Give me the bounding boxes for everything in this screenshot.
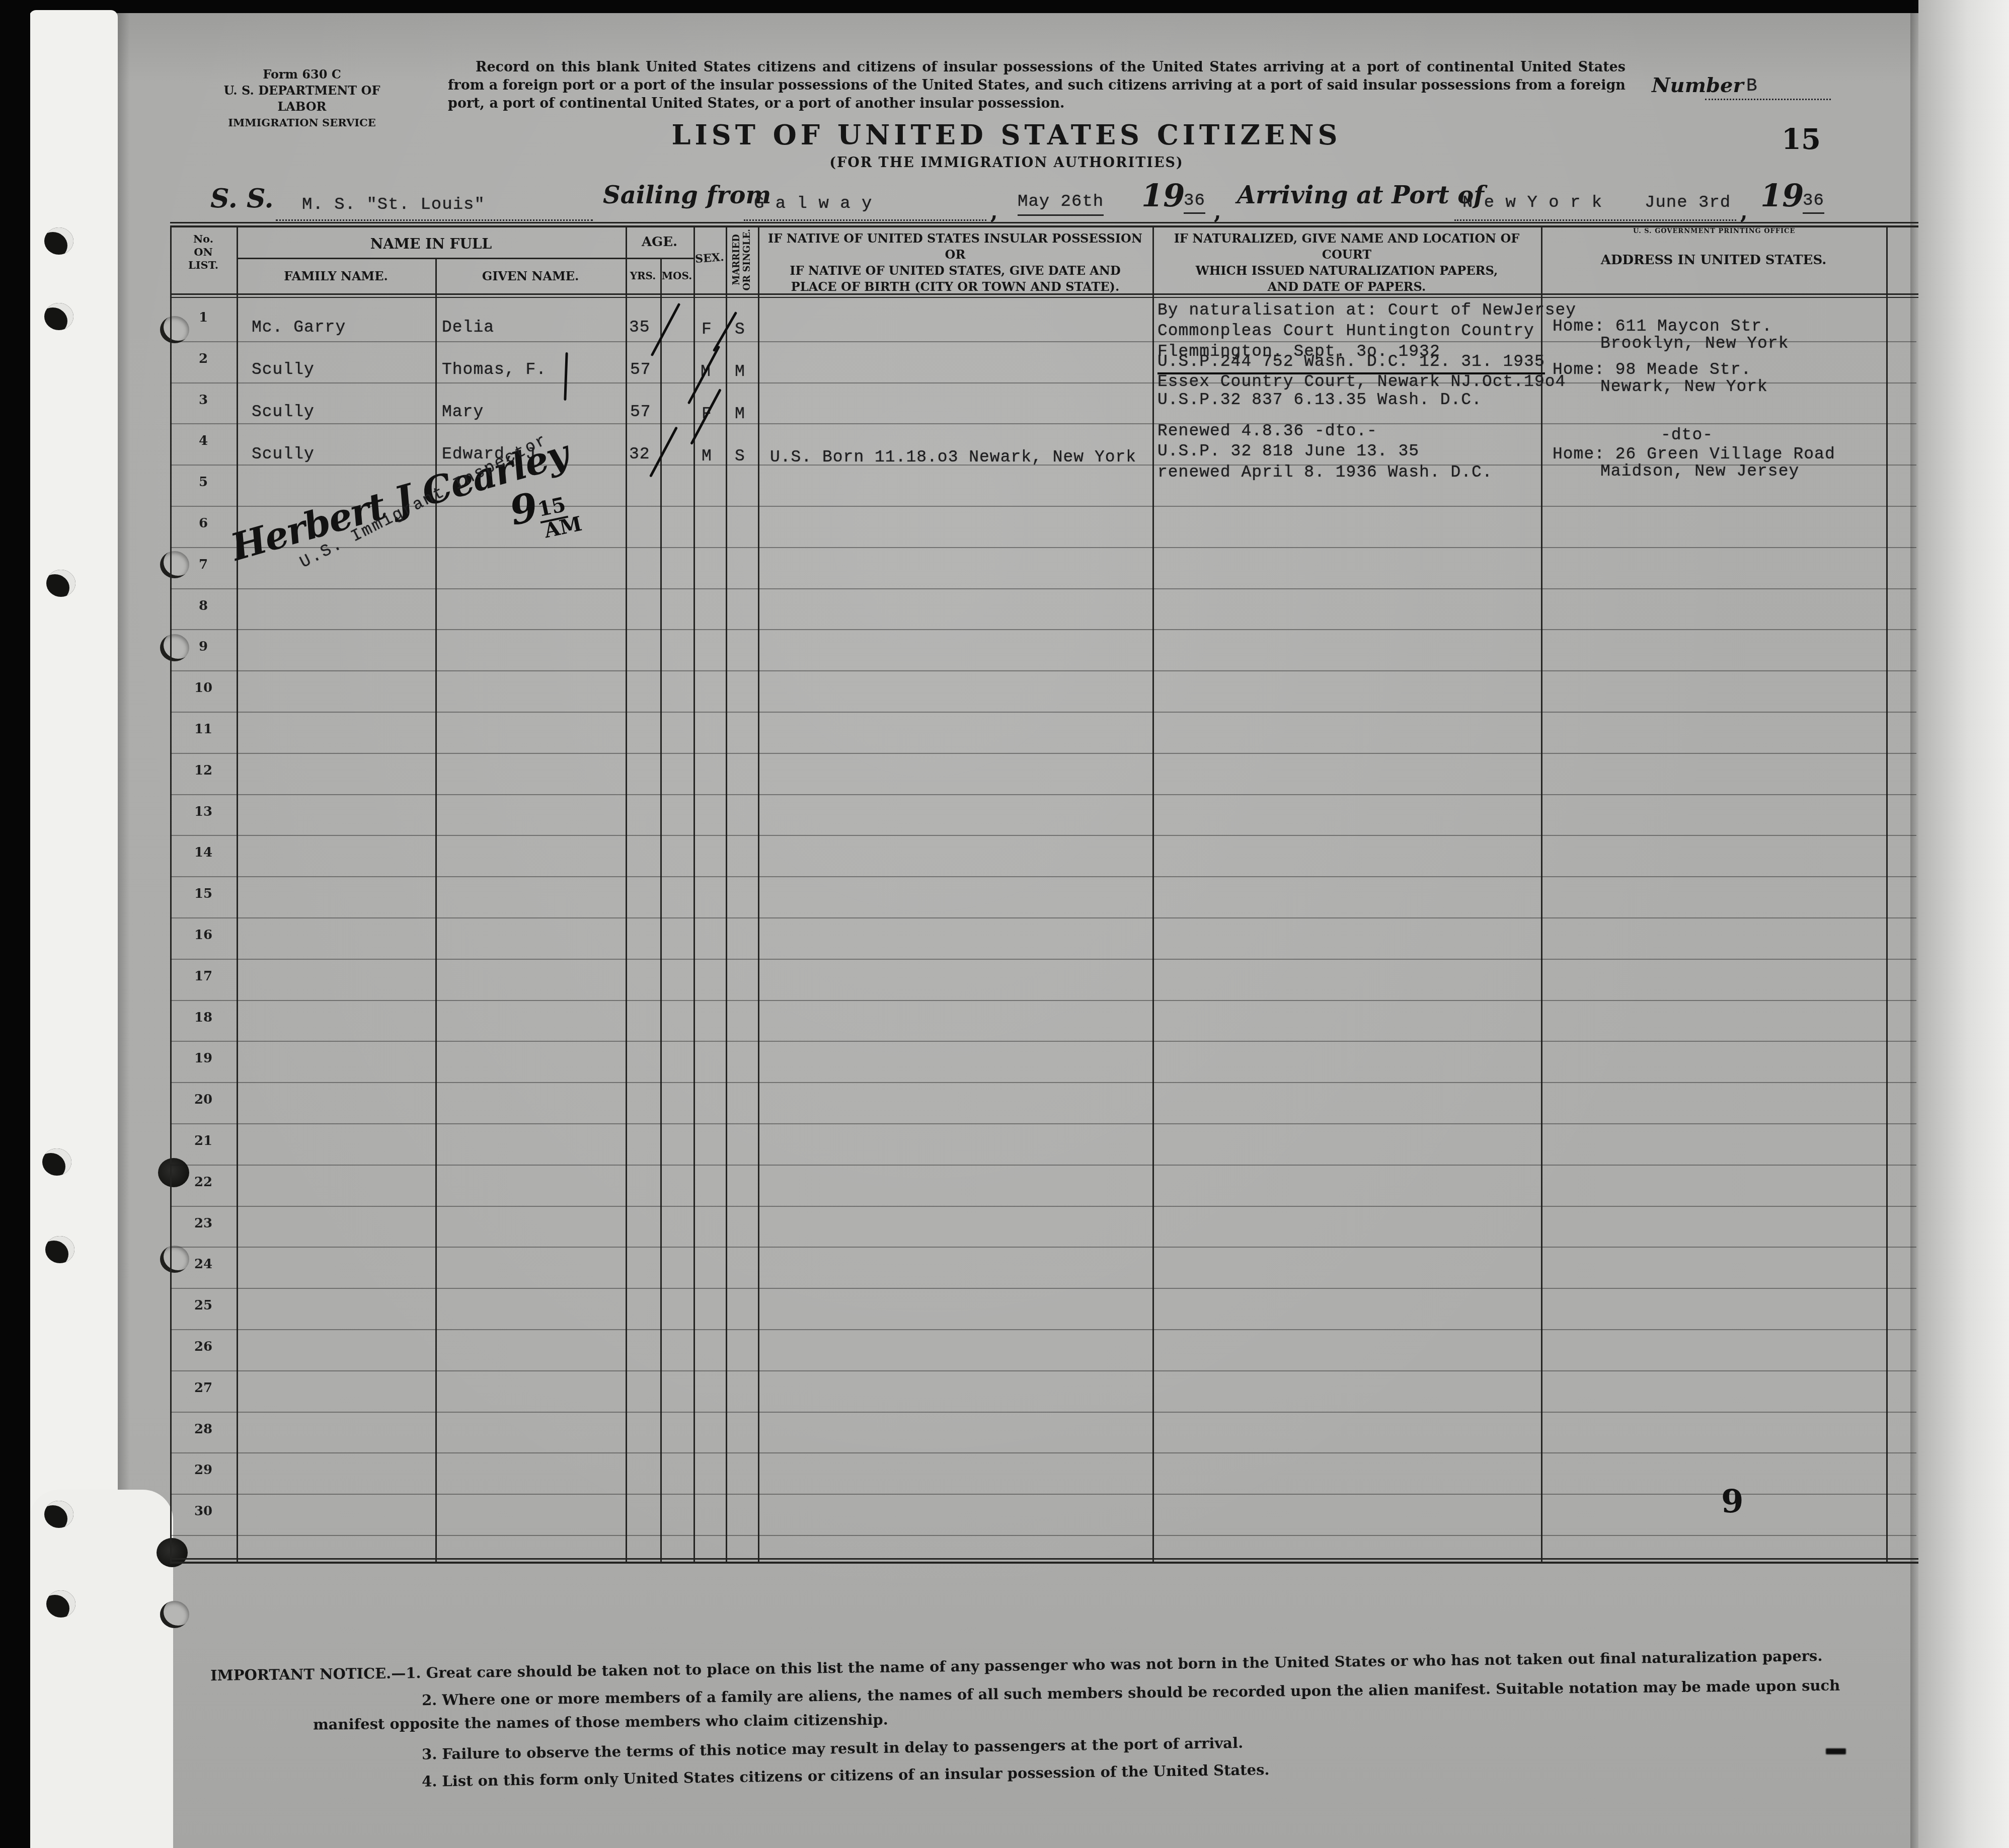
comma: , [1214, 199, 1221, 224]
row-rule [170, 1494, 1916, 1495]
col-line [726, 225, 727, 1562]
departure-date: May 26th [1018, 192, 1104, 216]
row-rule [170, 670, 1916, 671]
marital-status: S [735, 320, 745, 339]
given-name: Delia [442, 318, 494, 337]
row-number-10: 10 [170, 680, 237, 696]
punch-hole [44, 1501, 73, 1528]
row-number-23: 23 [170, 1216, 237, 1231]
punch-hole [45, 1236, 74, 1263]
row-number-4: 4 [170, 433, 237, 448]
row-number-15: 15 [170, 886, 237, 901]
ship-fill-line [276, 219, 593, 221]
row-rule [170, 1000, 1916, 1001]
punch-hole [160, 1601, 189, 1628]
family-name: Scully [252, 445, 315, 464]
row-number-29: 29 [170, 1462, 237, 1478]
scanned-manifest-page: Form 630 C U. S. DEPARTMENT OF LABOR IMM… [0, 0, 2009, 1848]
row-rule [170, 753, 1916, 754]
row-number-18: 18 [170, 1010, 237, 1025]
arriving-label: Arriving at Port of [1237, 181, 1484, 209]
arrival-port: N e w Y o r k [1462, 193, 1602, 212]
row-rule [170, 1329, 1916, 1330]
film-margin-blob [29, 1490, 173, 1848]
marital-status: M [735, 405, 745, 423]
family-name: Scully [252, 360, 315, 379]
naturalization-note-underlined: U.S.P.244 752 Wash. D.C. 12. 31. 1935 [1157, 352, 1545, 374]
col-line [758, 225, 759, 1562]
header-family-name: FAMILY NAME. [237, 269, 435, 283]
row-rule [170, 794, 1916, 795]
age-subdivider [626, 258, 693, 259]
row-number-19: 19 [170, 1051, 237, 1066]
naturalization-note: Renewed 4.8.36 -dto.- [1157, 422, 1377, 440]
birthplace-entry: U.S. Born 11.18.o3 Newark, New York [770, 448, 1136, 467]
age-yrs: 57 [630, 403, 651, 421]
marital-status: S [735, 447, 745, 466]
punch-hole [46, 1590, 75, 1618]
row-number-26: 26 [170, 1339, 237, 1354]
col-line [693, 225, 695, 1562]
row-rule [170, 1452, 1916, 1453]
row-rule [170, 1123, 1916, 1124]
row-number-16: 16 [170, 928, 237, 943]
ss-label: S. S. [210, 183, 274, 214]
header-no-on-list: No. ON LIST. [170, 233, 237, 272]
number-value: B [1746, 75, 1758, 96]
family-name: Scully [252, 403, 315, 421]
row-rule [170, 876, 1916, 877]
row-rule [170, 917, 1916, 918]
number-label: Number [1652, 73, 1743, 97]
row-rule [170, 547, 1916, 548]
page-title: LIST OF UNITED STATES CITIZENS [644, 119, 1369, 151]
row-number-8: 8 [170, 598, 237, 613]
departure-year: 36 [1184, 191, 1205, 214]
header-name-in-full: NAME IN FULL [237, 236, 626, 252]
row-rule [170, 835, 1916, 836]
departure-port: G a l w a y [754, 194, 872, 213]
header-given-name: GIVEN NAME. [435, 269, 626, 283]
address-entry: Home: 611 Maycon Str. [1553, 317, 1772, 336]
row-number-20: 20 [170, 1092, 237, 1107]
table-top-rule [170, 225, 1918, 227]
header-married-or-single: MARRIED OR SINGLE. [731, 222, 752, 297]
ship-name: M. S. "St. Louis" [302, 195, 485, 214]
film-left-edge [0, 0, 30, 1848]
punch-hole [46, 570, 75, 597]
header-married-wrap: MARRIED OR SINGLE. [726, 225, 758, 293]
sex: M [702, 447, 712, 466]
col-line [1152, 225, 1154, 1562]
number-fill-line [1705, 99, 1831, 100]
header-native-birth: IF NATIVE OF UNITED STATES INSULAR POSSE… [758, 230, 1152, 295]
service-name: IMMIGRATION SERVICE [201, 115, 403, 131]
table-bottom-rule [170, 1562, 1918, 1564]
address-entry: Home: 26 Green Village Road [1553, 445, 1835, 464]
row-rule [170, 1206, 1916, 1207]
header-age: AGE. [626, 235, 693, 250]
row-rule [170, 1082, 1916, 1083]
col-line [626, 225, 627, 1562]
name-subdivider [237, 258, 626, 259]
row-number-28: 28 [170, 1422, 237, 1437]
row-rule [170, 712, 1916, 713]
row-rule [170, 423, 1916, 424]
col-line [237, 225, 238, 1562]
department-name: U. S. DEPARTMENT OF LABOR [201, 83, 403, 115]
row-number-21: 21 [170, 1133, 237, 1148]
col-line [435, 259, 437, 1562]
given-name: Mary [442, 403, 484, 421]
comma: , [1740, 199, 1748, 224]
departure-fill-line [744, 219, 986, 221]
row-number-12: 12 [170, 763, 237, 778]
row-number-22: 22 [170, 1175, 237, 1190]
row-number-3: 3 [170, 393, 237, 408]
age-yrs: 35 [629, 318, 650, 337]
adjacent-page-strip [1918, 0, 2009, 1848]
arrival-fill-line [1454, 219, 1736, 221]
title-block: LIST OF UNITED STATES CITIZENS (FOR THE … [644, 119, 1369, 171]
row-rule [170, 1412, 1916, 1413]
address-entry: Brooklyn, New York [1600, 334, 1789, 353]
address-entry: Home: 98 Meade Str. [1553, 360, 1751, 379]
naturalization-note: renewed April 8. 1936 Wash. D.C. [1157, 463, 1493, 482]
form-number: Form 630 C [201, 66, 403, 83]
row-number-5: 5 [170, 475, 237, 490]
header-instructions: Record on this blank United States citiz… [448, 58, 1626, 113]
film-top-edge [0, 0, 2009, 13]
row-rule [170, 959, 1916, 960]
table-border-right [1886, 225, 1888, 1564]
header-mos: MOS. [660, 270, 693, 282]
naturalization-note: Essex Country Court, Newark NJ.Oct.19o4 [1157, 372, 1566, 391]
address-entry: Newark, New York [1600, 377, 1768, 396]
row-number-7: 7 [170, 557, 237, 572]
row-number-9: 9 [170, 639, 237, 654]
punch-hole [44, 303, 73, 330]
table-top-rule [170, 222, 1918, 223]
row-rule [170, 629, 1916, 630]
form-identification: Form 630 C U. S. DEPARTMENT OF LABOR IMM… [201, 66, 403, 131]
header-naturalized: IF NATURALIZED, GIVE NAME AND LOCATION O… [1152, 230, 1541, 295]
family-name: Mc. Garry [252, 318, 346, 337]
naturalization-note: U.S.P.32 837 6.13.35 Wash. D.C. [1157, 391, 1482, 409]
table-bottom-rule [170, 1558, 1918, 1560]
page-seam-shadow [1910, 0, 1918, 1848]
row-number-2: 2 [170, 351, 237, 366]
row-rule [170, 1288, 1916, 1289]
row-number-11: 11 [170, 722, 237, 737]
address-entry: -dto- [1661, 426, 1713, 444]
row-number-30: 30 [170, 1504, 237, 1519]
punch-hole [44, 227, 73, 255]
row-rule [170, 1370, 1916, 1371]
sheet-number-stamp: 9 [1721, 1483, 1744, 1520]
row-rule [170, 1535, 1916, 1536]
comma: , [990, 199, 998, 224]
row-number-14: 14 [170, 845, 237, 860]
year-19-departure: 19 [1141, 177, 1185, 214]
arrival-year: 36 [1803, 191, 1824, 214]
given-name: Thomas, F. [442, 360, 547, 379]
arrival-date: June 3rd [1645, 193, 1731, 212]
gpo-imprint: U. S. GOVERNMENT PRINTING OFFICE [1633, 227, 1795, 235]
row-number-1: 1 [170, 310, 237, 325]
sailing-from-label: Sailing from [603, 181, 771, 209]
row-number-25: 25 [170, 1298, 237, 1313]
row-number-27: 27 [170, 1380, 237, 1396]
col-line [1541, 225, 1542, 1562]
age-yrs: 32 [629, 445, 650, 464]
row-number-13: 13 [170, 804, 237, 819]
row-rule [170, 1041, 1916, 1042]
address-entry: Maidson, New Jersey [1600, 462, 1799, 481]
print-mark-smudge [1826, 1748, 1846, 1754]
sex: F [702, 320, 712, 339]
row-number-24: 24 [170, 1257, 237, 1272]
page-subtitle: (FOR THE IMMIGRATION AUTHORITIES) [644, 155, 1369, 171]
marital-status: M [735, 362, 745, 381]
row-rule [170, 1247, 1916, 1248]
header-bottom-rule [170, 297, 1918, 298]
punch-hole [42, 1148, 71, 1176]
naturalization-note: U.S.P. 32 818 June 13. 35 [1157, 442, 1419, 460]
header-address: ADDRESS IN UNITED STATES. [1541, 253, 1886, 268]
year-19-arrival: 19 [1760, 177, 1804, 214]
age-yrs: 57 [630, 360, 651, 379]
row-number-17: 17 [170, 969, 237, 984]
page-number-stamp: 15 [1782, 123, 1821, 156]
header-yrs: YRS. [626, 270, 660, 282]
row-rule [170, 1165, 1916, 1166]
row-rule [170, 588, 1916, 589]
